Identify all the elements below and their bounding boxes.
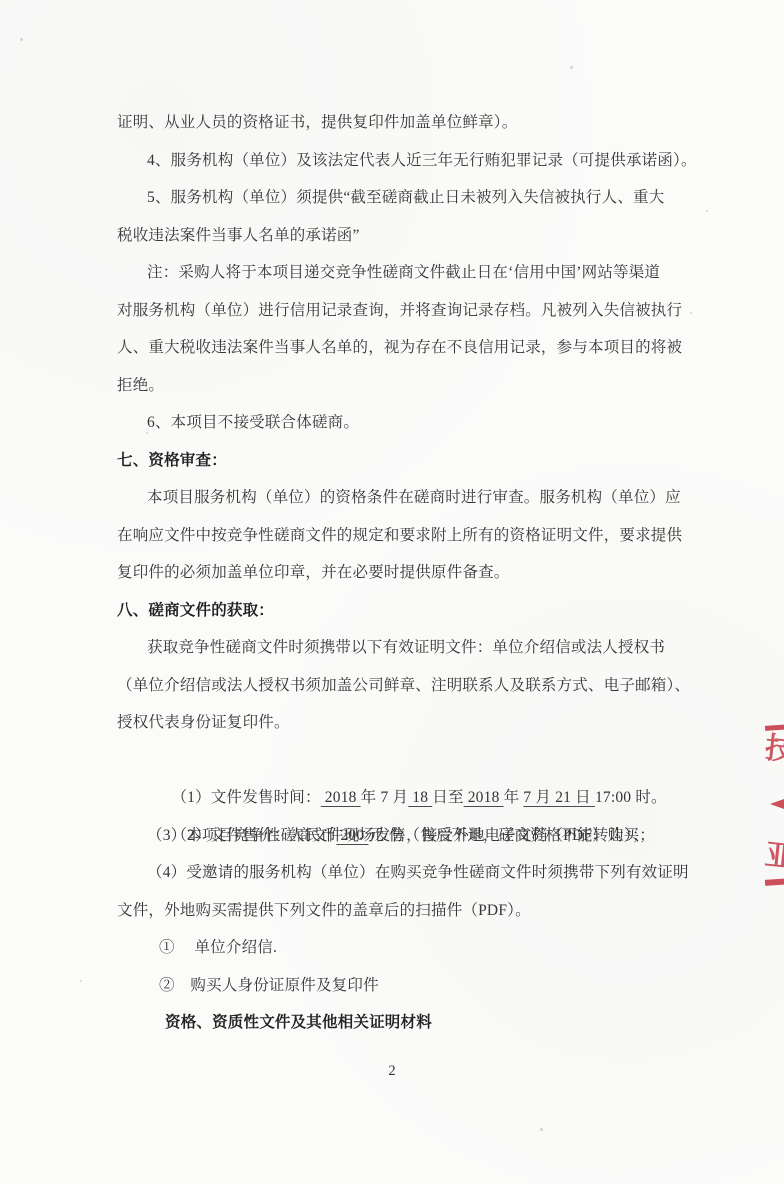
stamp-character-top: 技 [764,734,784,767]
scan-speck [540,1128,543,1131]
list-item-circled-2: ② 购买人身份证原件及复印件 [117,967,737,1005]
paragraph: 证明、从业人员的资格证书，提供复印件加盖单位鲜章）。 [117,104,737,142]
paragraph: 本项目服务机构（单位）的资格条件在磋商时进行审查。服务机构（单位）应 [117,479,737,517]
paragraph: 文件，外地购买需提供下列文件的盖章后的扫描件（PDF）。 [117,892,737,930]
list-item-circled-1: ① 单位介绍信. [117,929,737,967]
paragraph: 复印件的必须加盖单位印章，并在必要时提供原件备查。 [117,554,737,592]
paragraph-note: 注：采购人将于本项目递交竞争性磋商文件截止日在‘信用中国’网站等渠道 [117,254,737,292]
scan-speck [570,66,573,69]
stamp-bar [765,878,784,886]
page-number: 2 [0,1063,784,1080]
stamp-character-bottom: 亚 [764,841,784,874]
section-heading-8: 八、磋商文件的获取： [117,592,737,630]
section-heading-7: 七、资格审查： [117,442,737,480]
paragraph: （单位介绍信或法人授权书须加盖公司鲜章、注明联系人及联系方式、电子邮箱）、 [117,667,737,705]
fill-in-year-1: 2018 [321,789,361,806]
paragraph: 在响应文件中按竞争性磋商文件的规定和要求附上所有的资格证明文件，要求提供 [117,517,737,555]
text-run: （1）文件发售时间： [171,789,320,806]
scan-speck [20,38,23,41]
red-seal-stamp-fragment: 技 亚 [757,712,784,898]
list-item-materials: 资格、资质性文件及其他相关证明材料 [117,1004,737,1042]
text-run: 17:00 时。 [595,789,667,806]
paragraph: 税收违法案件当事人名单的承诺函” [117,217,737,255]
scanned-document-page: 证明、从业人员的资格证书，提供复印件加盖单位鲜章）。 4、服务机构（单位）及该法… [0,0,784,1184]
fill-in-year-2: 2018 [464,789,504,806]
stamp-bar [765,724,784,731]
paragraph: 授权代表身份证复印件。 [117,704,737,742]
fill-in-date-2: 7 月 21 日 [523,789,595,806]
scan-speck [690,312,692,314]
paragraph-item-5: 5、服务机构（单位）须提供“截至磋商截止日未被列入失信被执行人、重大 [117,179,737,217]
document-body: 证明、从业人员的资格证书，提供复印件加盖单位鲜章）。 4、服务机构（单位）及该法… [117,104,737,1042]
paragraph-item-4: 4、服务机构（单位）及该法定代表人近三年无行贿犯罪记录（可提供承诺函）。 [117,142,737,180]
text-run: 年 7 月 [361,789,409,806]
paragraph-item-4b: （4）受邀请的服务机构（单位）在购买竞争性磋商文件时须携带下列有效证明 [117,854,737,892]
text-run: 年 [504,789,524,806]
paragraph-item-3: （3）本项目竞争性磋商文件现场发售，接受外地电子文档（PDF）购买； [117,817,737,855]
stamp-star-icon [758,782,784,826]
paragraph: 对服务机构（单位）进行信用记录查询，并将查询记录存档。凡被列入失信被执行 [117,292,737,330]
scan-speck [372,642,374,644]
scan-speck [80,980,82,982]
text-run: 日至 [432,789,463,806]
scan-speck [146,432,148,434]
paragraph-item-6: 6、本项目不接受联合体磋商。 [117,404,737,442]
paragraph-sale-time: （1）文件发售时间： 2018 年 7 月 18 日至 2018 年 7 月 2… [117,742,737,780]
paragraph: 人、重大税收违法案件当事人名单的，视为存在不良信用记录，参与本项目的将被 [117,329,737,367]
scan-speck [706,210,708,212]
paragraph: 获取竞争性磋商文件时须携带以下有效证明文件：单位介绍信或法人授权书 [117,629,737,667]
fill-in-day-1: 18 [408,789,432,806]
paragraph: 拒绝。 [117,367,737,405]
